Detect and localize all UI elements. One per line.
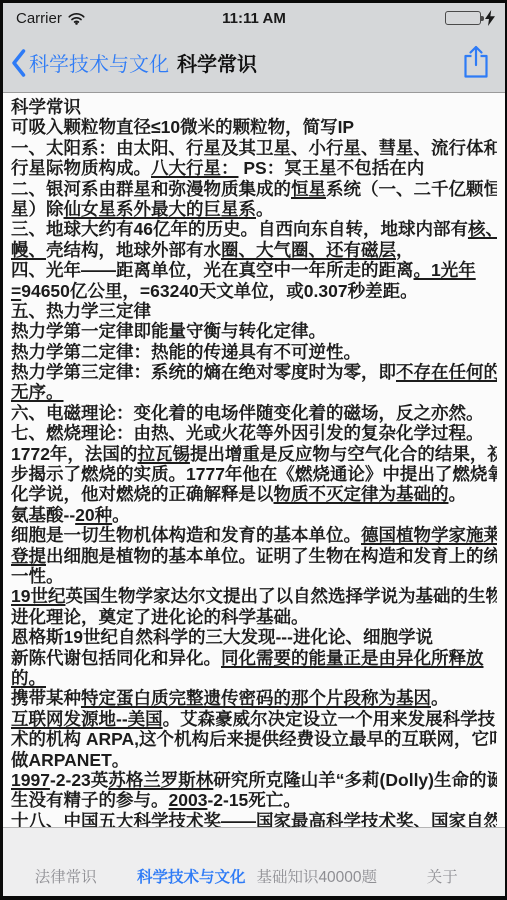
content-line: 十八、中国五大科学技术奖——国家最高科学技术奖、国家自然 <box>11 811 497 827</box>
content-line: 二、银河系由群星和弥漫物质集成的恒星系统（一、二千亿颗恒 <box>11 179 497 199</box>
status-bar: Carrier 11:11 AM <box>3 3 505 33</box>
content-line: 19世纪英国生物学家达尔文提出了以自然选择学说为基础的生物 <box>11 586 497 606</box>
content-line: 进化理论，奠定了进化论的科学基础。 <box>11 607 497 627</box>
battery-icon <box>445 11 481 25</box>
content-line: 步揭示了燃烧的实质。1777年他在《燃烧通论》中提出了燃烧氧 <box>11 464 497 484</box>
content-line: =94650亿公里，=63240天文单位，或0.307秒差距。 <box>11 281 497 301</box>
tab-about[interactable]: 关于 <box>380 865 506 896</box>
content-line: 热力学第一定律即能量守衡与转化定律。 <box>11 321 497 341</box>
content-line: 一性。 <box>11 566 497 586</box>
back-button-label: 科学技术与文化 <box>29 48 169 77</box>
page-title: 科学常识 <box>177 48 257 77</box>
content-line: 1997-2-23英苏格兰罗斯林研究所克隆山羊“多莉(Dolly)生命的诞 <box>11 770 497 790</box>
tab-science-tech-culture[interactable]: 科学技术与文化 <box>129 865 255 896</box>
content-line: 做ARPANET。 <box>11 750 497 770</box>
wifi-icon <box>68 12 85 25</box>
back-button[interactable]: 科学技术与文化 <box>3 48 169 77</box>
chevron-left-icon <box>11 49 26 77</box>
content-line: 的。 <box>11 668 497 688</box>
app-screen: Carrier 11:11 AM <box>3 3 505 896</box>
content-line: 可吸入颗粒物直径≤10微米的颗粒物，简写IP <box>11 117 497 137</box>
charging-bolt-icon <box>485 10 495 26</box>
content-line: 互联网发源地--美国。艾森豪威尔决定设立一个用来发展科学技 <box>11 709 497 729</box>
content-line: 登提出细胞是植物的基本单位。证明了生物在构造和发育上的统 <box>11 546 497 566</box>
share-button[interactable] <box>461 42 491 82</box>
content-line: 五、热力学三定律 <box>11 301 497 321</box>
carrier-label: Carrier <box>16 10 62 27</box>
content-line: 氨基酸--20种。 <box>11 505 497 525</box>
content-line: 行星际物质构成。八大行星： PS：冥王星不包括在内 <box>11 158 497 178</box>
content-line: 无序。 <box>11 382 497 402</box>
share-icon <box>463 45 489 79</box>
status-left: Carrier <box>3 10 85 27</box>
content-line: 热力学第三定律：系统的熵在绝对零度时为零，即不存在任何的 <box>11 362 497 382</box>
content-line: 恩格斯19世纪自然科学的三大发现---进化论、细胞学说 <box>11 627 497 647</box>
status-right <box>445 10 505 26</box>
content-line: 四、光年——距离单位，光在真空中一年所走的距离。1光年 <box>11 260 497 280</box>
content-line: 星）除仙女星系外最大的巨星系。 <box>11 199 497 219</box>
content-line: 七、燃烧理论：由热、光或火花等外因引发的复杂化学过程。 <box>11 423 497 443</box>
content-line: 六、电磁理论：变化着的电场伴随变化着的磁场，反之亦然。 <box>11 403 497 423</box>
content-line: 科学常识 <box>11 97 497 117</box>
content-line: 携带某种特定蛋白质完整遗传密码的那个片段称为基因。 <box>11 688 497 708</box>
nav-bar: 科学技术与文化 科学常识 <box>3 33 505 93</box>
content-line: 术的机构 ARPA,这个机构后来提供经费设立最早的互联网，它叫 <box>11 729 497 749</box>
content-line: 热力学第二定律：热能的传递具有不可逆性。 <box>11 342 497 362</box>
content-line: 三、地球大约有46亿年的历史。自西向东自转，地球内部有核、 <box>11 219 497 239</box>
content-line: 1772年，法国的拉瓦锡提出增重是反应物与空气化合的结果，初 <box>11 444 497 464</box>
tab-basic-knowledge-40000[interactable]: 基础知识40000题 <box>254 865 380 896</box>
content-line: 幔、壳结构，地球外部有水圈、大气圈、还有磁层， <box>11 240 497 260</box>
content-line: 化学说，他对燃烧的正确解释是以物质不灭定律为基础的。 <box>11 484 497 504</box>
tab-bar: 法律常识科学技术与文化基础知识40000题关于 <box>3 827 505 896</box>
content-line: 新陈代谢包括同化和异化。同化需要的能量正是由异化所释放 <box>11 648 497 668</box>
phone-frame: { "colors": { "accent_blue": "#2e7bf6", … <box>0 0 507 900</box>
content-line: 细胞是一切生物机体构造和发育的基本单位。德国植物学家施莱 <box>11 525 497 545</box>
content-line: 一、太阳系：由太阳、行星及其卫星、小行星、彗星、流行体和 <box>11 138 497 158</box>
article-content[interactable]: 科学常识可吸入颗粒物直径≤10微米的颗粒物，简写IP一、太阳系：由太阳、行星及其… <box>3 93 505 827</box>
content-line: 生没有精子的参与。2003-2-15死亡。 <box>11 790 497 810</box>
tab-law-basics[interactable]: 法律常识 <box>3 865 129 896</box>
